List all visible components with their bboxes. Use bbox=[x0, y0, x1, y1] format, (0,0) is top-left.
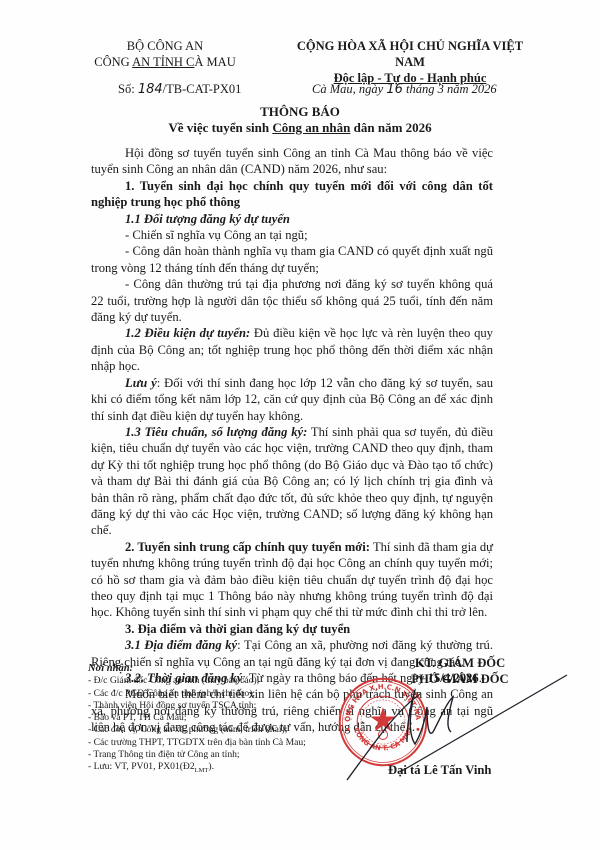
recipient-item: - Đ/c Giám đốc Công an tỉnh (thay báo cá… bbox=[88, 675, 338, 687]
archive-text: - Lưu: VT, PV01, PX01(Đ2 bbox=[88, 761, 195, 772]
archive-text: ). bbox=[208, 761, 214, 772]
recipients-list: Nơi nhận: - Đ/c Giám đốc Công an tỉnh (t… bbox=[88, 663, 338, 778]
intro-paragraph: Hội đồng sơ tuyển tuyển sinh Công an tỉn… bbox=[91, 145, 493, 178]
section-1-3-text: Thí sinh phải qua sơ tuyển, đủ điều kiện… bbox=[91, 425, 493, 537]
date-day-handwritten: 16 bbox=[386, 82, 403, 97]
subject-underlined: Công an nhân bbox=[272, 120, 350, 135]
recipient-item: - Thành viên Hội đồng sơ tuyển TSCA tỉnh… bbox=[88, 700, 338, 712]
section-3-heading: 3. Địa điểm và thời gian đăng ký dự tuyể… bbox=[91, 621, 493, 637]
recipient-item: - Các đơn vị, Công an xã, phường (nắm, t… bbox=[88, 724, 338, 736]
document-body: Hội đồng sơ tuyển tuyển sinh Công an tỉn… bbox=[91, 145, 493, 736]
agency-name-part: CÔNG bbox=[94, 55, 132, 69]
national-motto: CỘNG HÒA XÃ HỘI CHỦ NGHĨA VIỆT NAM Độc l… bbox=[285, 38, 535, 86]
subject-part: Về việc tuyển sinh bbox=[168, 120, 272, 135]
signer-authority: KT. GIÁM ĐỐC bbox=[380, 655, 540, 671]
subject-part: dân năm 2026 bbox=[350, 120, 431, 135]
eligibility-item: - Công dân thường trú tại địa phương nơi… bbox=[91, 276, 493, 325]
section-2: 2. Tuyển sinh trung cấp chính quy tuyển … bbox=[91, 539, 493, 621]
document-page: BỘ CÔNG AN CÔNG AN TỈNH CÀ MAU CỘNG HÒA … bbox=[0, 0, 600, 850]
section-1-3-label: 1.3 Tiêu chuẩn, số lượng đăng ký: bbox=[125, 425, 307, 439]
recipient-item: - Báo và PT, TH Cà Mau; bbox=[88, 712, 338, 724]
eligibility-item: - Chiến sĩ nghĩa vụ Công an tại ngũ; bbox=[91, 227, 493, 243]
agency-name-underlined: AN TỈNH C bbox=[132, 55, 194, 69]
title-subject: Về việc tuyển sinh Công an nhân dân năm … bbox=[0, 120, 600, 136]
archive-subscript: LMT bbox=[195, 767, 209, 774]
recipient-item: - Các trường THPT, TTGDTX trên địa bàn t… bbox=[88, 737, 338, 749]
recipient-item: - Trang Thông tin điện tử Công an tỉnh; bbox=[88, 749, 338, 761]
agency-name-part: À MAU bbox=[194, 55, 235, 69]
section-1-2: 1.2 Điều kiện dự tuyển: Đủ điều kiện về … bbox=[91, 325, 493, 374]
agency-name: CÔNG AN TỈNH CÀ MAU bbox=[90, 54, 240, 70]
section-1-3: 1.3 Tiêu chuẩn, số lượng đăng ký: Thí si… bbox=[91, 424, 493, 539]
note-paragraph: Lưu ý: Đối với thí sinh đang học lớp 12 … bbox=[91, 375, 493, 424]
ref-prefix: Số: bbox=[118, 82, 138, 96]
section-2-label: 2. Tuyển sinh trung cấp chính quy tuyển … bbox=[125, 540, 370, 554]
date-prefix: Cà Mau, ngày bbox=[312, 82, 386, 96]
ref-number-handwritten: 184 bbox=[138, 82, 163, 97]
section-1-heading: 1. Tuyển sinh đại học chính quy tuyển mớ… bbox=[91, 178, 493, 211]
title-main: THÔNG BÁO bbox=[0, 104, 600, 120]
recipient-item: - Các đ/c PGĐ Công an tỉnh (ph/h chỉ đạo… bbox=[88, 688, 338, 700]
section-1-2-label: 1.2 Điều kiện dự tuyển: bbox=[125, 326, 250, 340]
signer-name: Đại tá Lê Tấn Vinh bbox=[388, 763, 538, 778]
ministry-name: BỘ CÔNG AN bbox=[90, 38, 240, 54]
issuing-agency: BỘ CÔNG AN CÔNG AN TỈNH CÀ MAU bbox=[90, 38, 240, 70]
recipients-heading: Nơi nhận: bbox=[88, 663, 338, 675]
signer-title: PHÓ GIÁM ĐỐC bbox=[380, 671, 540, 687]
date-suffix: tháng 3 năm 2026 bbox=[403, 82, 497, 96]
issue-date: Cà Mau, ngày 16 tháng 3 năm 2026 bbox=[312, 82, 497, 97]
section-3-1-label: 3.1 Địa điểm đăng ký bbox=[125, 638, 237, 652]
reference-number: Số: 184/TB-CAT-PX01 bbox=[118, 82, 241, 97]
recipient-item-archive: - Lưu: VT, PV01, PX01(Đ2LMT). bbox=[88, 761, 338, 777]
country-name: CỘNG HÒA XÃ HỘI CHỦ NGHĨA VIỆT NAM bbox=[285, 38, 535, 70]
note-label: Lưu ý bbox=[125, 376, 157, 390]
ref-suffix: /TB-CAT-PX01 bbox=[163, 82, 242, 96]
document-title: THÔNG BÁO Về việc tuyển sinh Công an nhâ… bbox=[0, 104, 600, 136]
section-1-1-heading: 1.1 Đối tượng đăng ký dự tuyển bbox=[91, 211, 493, 227]
signature-block: KT. GIÁM ĐỐC PHÓ GIÁM ĐỐC bbox=[380, 655, 540, 687]
eligibility-item: - Công dân hoàn thành nghĩa vụ tham gia … bbox=[91, 243, 493, 276]
